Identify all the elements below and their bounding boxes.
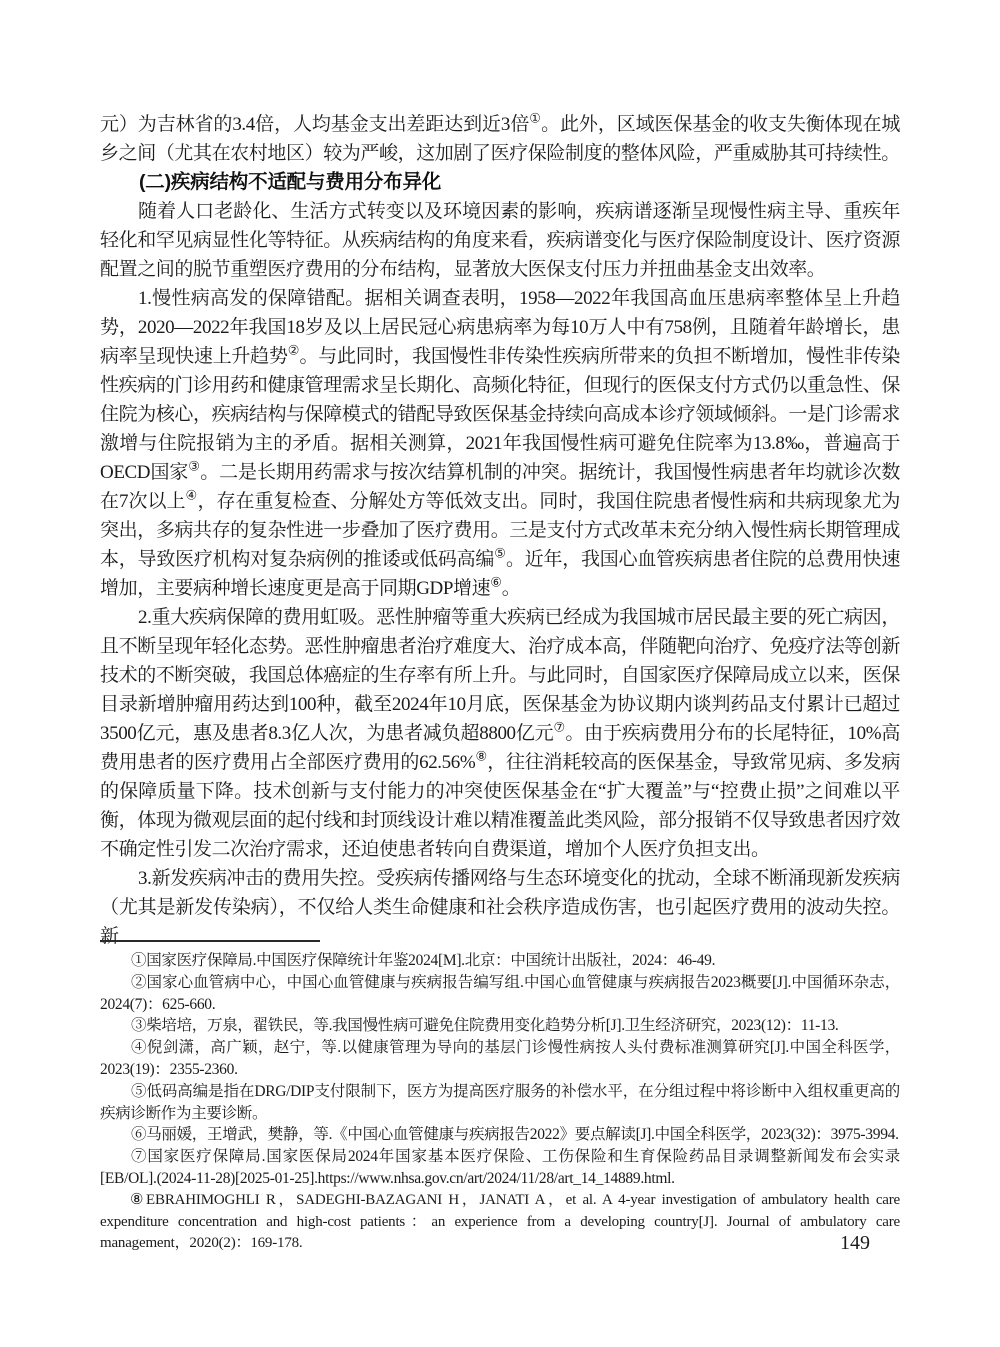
footnote-item-2: ②国家心血管病中心，中国心血管健康与疾病报告编写组.中国心血管健康与疾病报告20…	[100, 972, 900, 1016]
footnote-item-4: ④倪剑潇，高广颖，赵宁，等.以健康管理为导向的基层门诊慢性病按人头付费标准测算研…	[100, 1037, 900, 1081]
footnote-item-6: ⑥马丽媛，王增武，樊静，等.《中国心血管健康与疾病报告2022》要点解读[J].…	[100, 1124, 900, 1146]
body-paragraph-intro: 随着人口老龄化、生活方式转变以及环境因素的影响，疾病谱逐渐呈现慢性病主导、重疾年…	[100, 197, 900, 284]
page: 元）为吉林省的3.4倍，人均基金支出差距达到近3倍①。此外，区域医保基金的收支失…	[0, 0, 1000, 1347]
body-paragraph-point-3: 3.新发疾病冲击的费用失控。受疾病传播网络与生态环境变化的扰动，全球不断涌现新发…	[100, 864, 900, 951]
body-paragraph-point-1: 1.慢性病高发的保障错配。据相关调查表明，1958—2022年我国高血压患病率整…	[100, 284, 900, 603]
section-heading: (二)疾病结构不适配与费用分布异化	[100, 168, 900, 197]
page-number: 149	[760, 1232, 870, 1255]
footnote-item-7: ⑦国家医疗保障局.国家医保局2024年国家基本医疗保险、工伤保险和生育保险药品目…	[100, 1146, 900, 1190]
body-paragraph-point-2: 2.重大疾病保障的费用虹吸。恶性肿瘤等重大疾病已经成为我国城市居民最主要的死亡病…	[100, 603, 900, 864]
footnote-item-5: ⑤低码高编是指在DRG/DIP支付限制下，医方为提高医疗服务的补偿水平，在分组过…	[100, 1081, 900, 1125]
body-paragraph-continuation: 元）为吉林省的3.4倍，人均基金支出差距达到近3倍①。此外，区域医保基金的收支失…	[100, 110, 900, 168]
footnote-item-3: ③柴培培，万泉，翟铁民，等.我国慢性病可避免住院费用变化趋势分析[J].卫生经济…	[100, 1015, 900, 1037]
footnote-item-1: ①国家医疗保障局.中国医疗保障统计年鉴2024[M].北京：中国统计出版社，20…	[100, 950, 900, 972]
footnotes-section: ①国家医疗保障局.中国医疗保障统计年鉴2024[M].北京：中国统计出版社，20…	[100, 940, 900, 1255]
body-text-column: 元）为吉林省的3.4倍，人均基金支出差距达到近3倍①。此外，区域医保基金的收支失…	[100, 110, 900, 951]
footnote-divider	[100, 940, 320, 942]
